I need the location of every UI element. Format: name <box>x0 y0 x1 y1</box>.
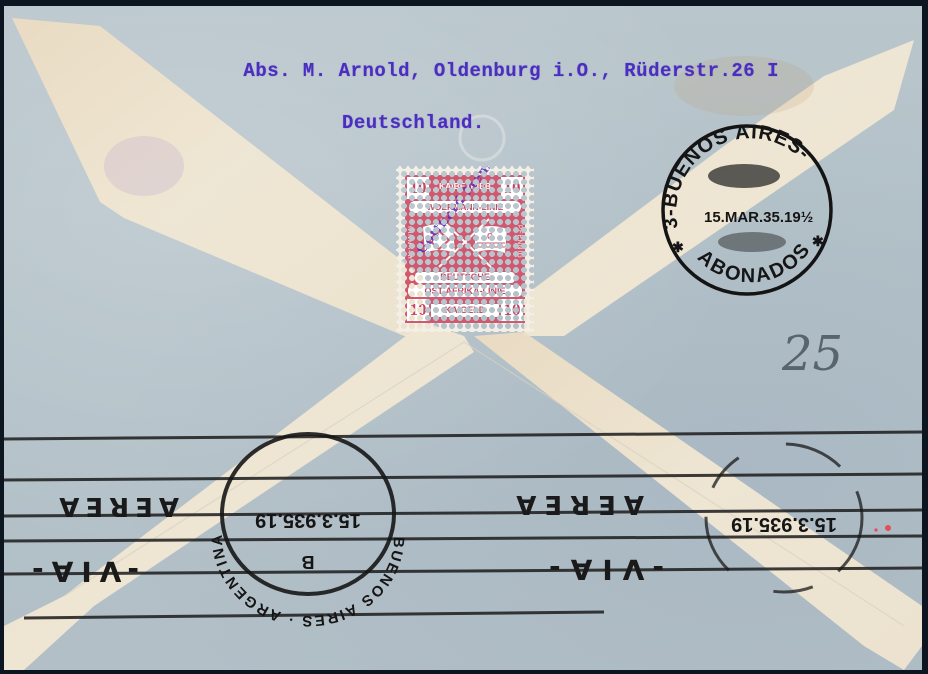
pencil-note: 25 <box>782 326 843 382</box>
scene: Abs. M. Arnold, Oldenburg i.O., Rüderstr… <box>0 0 928 674</box>
star-icon: ✱ <box>672 239 684 255</box>
postmark-date: 15.MAR.35.19½ <box>704 209 813 226</box>
star-icon: ✱ <box>812 233 824 249</box>
envelope-back: Abs. M. Arnold, Oldenburg i.O., Rüderstr… <box>4 6 922 670</box>
